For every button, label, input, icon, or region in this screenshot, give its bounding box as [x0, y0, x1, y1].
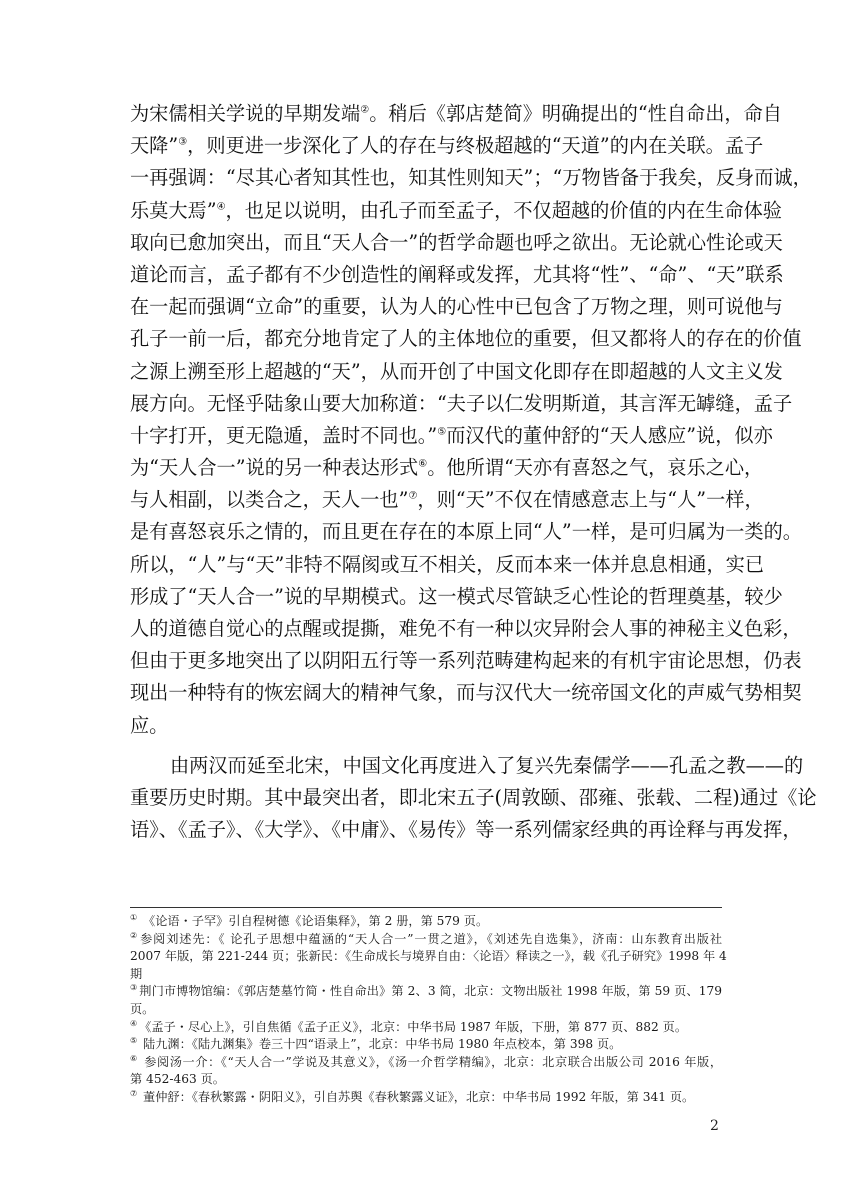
- footnote-line: ④《孟子・尽心上》，引自焦循《孟子正义》，北京：中华书局 1987 年版，下册，…: [130, 1019, 722, 1037]
- text-line: 由两汉而延至北宋，中国文化再度进入了复兴先秦儒学——孔孟之教——的: [130, 750, 722, 782]
- text-line: 重要历史时期。其中最突出者，即北宋五子(周敦颐、邵雍、张载、二程)通过《论: [130, 782, 722, 814]
- footnote-6: ⑥ 参阅汤一介：《“天人合一”学说及其意义》，《汤一介哲学精编》，北京：北京联合…: [130, 1054, 722, 1089]
- footnote-2: ②参阅刘述先：《 论孔子思想中蕴涵的“天人合一”一贯之道》，《刘述先自选集》，济…: [130, 931, 722, 984]
- footnote-mark: ⑤: [130, 1036, 137, 1045]
- text-line: 语》、《孟子》、《大学》、《中庸》、《易传》等一系列儒家经典的再诠释与再发挥，: [130, 814, 722, 846]
- page-number: 2: [710, 1118, 719, 1134]
- footnote-mark: ④: [130, 1019, 137, 1028]
- text-line: 所以，“人”与“天”非特不隔阂或互不相关，反而本来一体并息息相通，实已: [130, 549, 722, 581]
- footnote-mark: ②: [130, 931, 138, 940]
- footnote-ref-4[interactable]: ④: [217, 201, 226, 212]
- document-page: 为宋儒相关学说的早期发端②。稍后《郭店楚简》明确提出的“性自命出，命自 天降”③…: [0, 0, 850, 1202]
- text-line: 但由于更多地突出了以阴阳五行等一系列范畴建构起来的有机宇宙论思想，仍表: [130, 645, 722, 677]
- text-line: 取向已愈加突出，而且“天人合一”的哲学命题也呼之欲出。无论就心性论或天: [130, 227, 722, 259]
- footnote-line: ⑦ 董仲舒：《春秋繁露・阴阳义》，引自苏舆《春秋繁露义证》，北京：中华书局 19…: [130, 1089, 722, 1107]
- text-line: 道论而言，孟子都有不少创造性的阐释或发挥，尤其将“性”、“命”、“天”联系: [130, 259, 722, 291]
- footnote-line: ②参阅刘述先：《 论孔子思想中蕴涵的“天人合一”一贯之道》，《刘述先自选集》，济…: [130, 931, 722, 949]
- footnote-ref-6[interactable]: ⑥: [418, 459, 427, 470]
- footnote-line: 第 452-463 页。: [130, 1071, 722, 1089]
- text-line: 天降”③，则更进一步深化了人的存在与终极超越的“天道”的内在关联。孟子: [130, 130, 722, 162]
- paragraph-spacing: [130, 742, 722, 750]
- paragraph-2: 由两汉而延至北宋，中国文化再度进入了复兴先秦儒学——孔孟之教——的 重要历史时期…: [130, 750, 722, 847]
- footnote-5: ⑤ 陆九渊：《陆九渊集》卷三十四“语录上”，北京：中华书局 1980 年点校本，…: [130, 1036, 722, 1054]
- text-line: 之源上溯至形上超越的“天”，从而开创了中国文化即存在即超越的人文主义发: [130, 356, 722, 388]
- text-line: 为“天人合一”说的另一种表达形式⑥。他所谓“天亦有喜怒之气，哀乐之心，: [130, 452, 722, 484]
- footnote-separator: [130, 907, 722, 908]
- footnote-line: ⑤ 陆九渊：《陆九渊集》卷三十四“语录上”，北京：中华书局 1980 年点校本，…: [130, 1036, 722, 1054]
- paragraph-1: 为宋儒相关学说的早期发端②。稍后《郭店楚简》明确提出的“性自命出，命自 天降”③…: [130, 98, 722, 742]
- text-line: 与人相副，以类合之，天人一也”⑦，则“天”不仅在情感意志上与“人”一样，: [130, 484, 722, 516]
- text-line: 孔子一前一后，都充分地肯定了人的主体地位的重要，但又都将人的存在的价值: [130, 323, 722, 355]
- text-line: 在一起而强调“立命”的重要，认为人的心性中已包含了万物之理，则可说他与: [130, 291, 722, 323]
- footnote-ref-2[interactable]: ②: [360, 105, 369, 116]
- footnote-4: ④《孟子・尽心上》，引自焦循《孟子正义》，北京：中华书局 1987 年版，下册，…: [130, 1019, 722, 1037]
- footnote-line: 期: [130, 966, 722, 984]
- footnote-ref-5[interactable]: ⑤: [437, 426, 446, 437]
- text-line: 现出一种特有的恢宏阔大的精神气象，而与汉代大一统帝国文化的声威气势相契: [130, 677, 722, 709]
- footnote-7: ⑦ 董仲舒：《春秋繁露・阴阳义》，引自苏舆《春秋繁露义证》，北京：中华书局 19…: [130, 1089, 722, 1107]
- text-line: 是有喜怒哀乐之情的，而且更在存在的本原上同“人”一样，是可归属为一类的。: [130, 516, 722, 548]
- footnote-line: 页。: [130, 1001, 722, 1019]
- footnote-line: ⑥ 参阅汤一介：《“天人合一”学说及其意义》，《汤一介哲学精编》，北京：北京联合…: [130, 1054, 722, 1072]
- text-line: 十字打开，更无隐遁，盖时不同也。”⑤而汉代的董仲舒的“天人感应”说，似亦: [130, 420, 722, 452]
- footnote-1: ① 《论语・子罕》引自程树德《论语集释》，第 2 册，第 579 页。: [130, 913, 722, 931]
- footnote-line: 2007 年版，第 221-244 页；张新民：《生命成长与境界自由：〈论语〉释…: [130, 948, 722, 966]
- footnote-mark: ⑥: [130, 1054, 138, 1063]
- text-line: 展方向。无怪乎陆象山要大加称道：“夫子以仁发明斯道，其言浑无罅缝，孟子: [130, 388, 722, 420]
- footnote-ref-3[interactable]: ③: [178, 137, 187, 148]
- text-line: 人的道德自觉心的点醒或提撕，难免不有一种以灾异附会人事的神秘主义色彩，: [130, 613, 722, 645]
- footnote-line: ③荆门市博物馆编：《郭店楚墓竹简・性自命出》第 2、3 简，北京：文物出版社 1…: [130, 983, 722, 1001]
- footnote-line: ① 《论语・子罕》引自程树德《论语集释》，第 2 册，第 579 页。: [130, 913, 722, 931]
- text-line: 为宋儒相关学说的早期发端②。稍后《郭店楚简》明确提出的“性自命出，命自: [130, 98, 722, 130]
- footnotes: ① 《论语・子罕》引自程树德《论语集释》，第 2 册，第 579 页。 ②参阅刘…: [130, 913, 722, 1107]
- text-line: 应。: [130, 710, 722, 742]
- footnote-mark: ①: [130, 913, 137, 922]
- footnote-mark: ③: [130, 983, 137, 992]
- body-text: 为宋儒相关学说的早期发端②。稍后《郭店楚简》明确提出的“性自命出，命自 天降”③…: [130, 98, 722, 846]
- text-line: 一再强调：“尽其心者知其性也，知其性则知天”；“万物皆备于我矣，反身而诚，: [130, 162, 722, 194]
- footnote-3: ③荆门市博物馆编：《郭店楚墓竹简・性自命出》第 2、3 简，北京：文物出版社 1…: [130, 983, 722, 1018]
- footnote-mark: ⑦: [130, 1089, 137, 1098]
- text-line: 乐莫大焉”④，也足以说明，由孔子而至孟子，不仅超越的价值的内在生命体验: [130, 195, 722, 227]
- text-line: 形成了“天人合一”说的早期模式。这一模式尽管缺乏心性论的哲理奠基，较少: [130, 581, 722, 613]
